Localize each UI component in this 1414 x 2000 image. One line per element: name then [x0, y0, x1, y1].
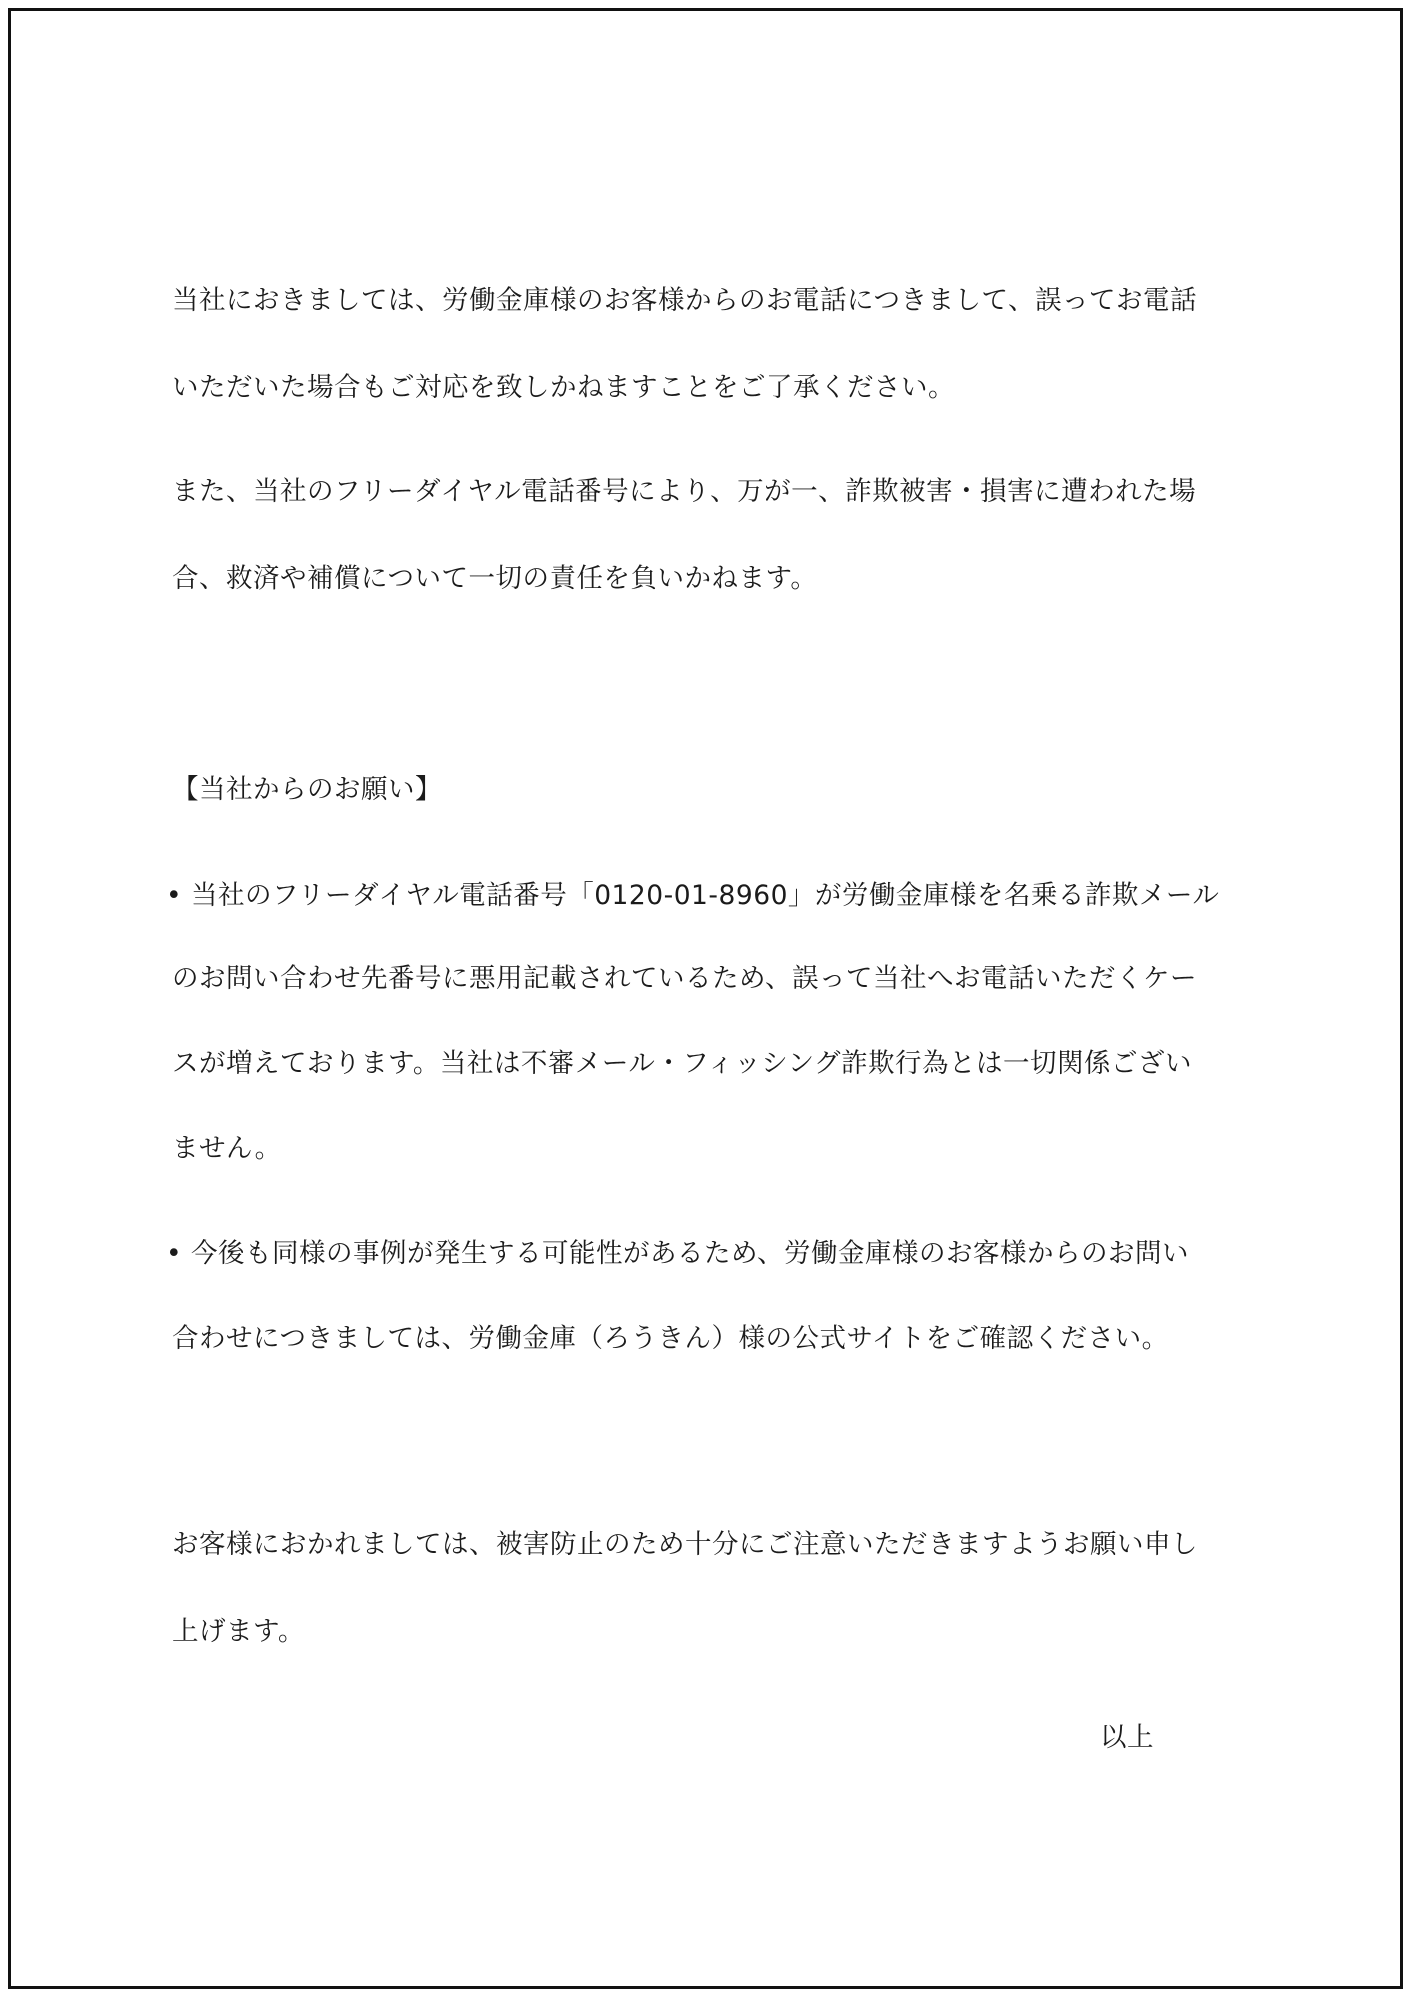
- paragraph1-line2: いただいた場合もご対応を致しかねますことをご了承ください。: [172, 372, 955, 404]
- document-page: 当社におきましては、労働金庫様のお客様からのお電話につきまして、誤ってお電話 い…: [0, 0, 1414, 2000]
- section-heading: 【当社からのお願い】: [172, 774, 442, 806]
- closing-line2: 上げます。: [172, 1616, 305, 1648]
- bullet2-line2: 合わせにつきましては、労働金庫（ろうきん）様の公式サイトをご確認ください。: [172, 1323, 1169, 1355]
- bullet2-line1: • 今後も同様の事例が発生する可能性があるため、労働金庫様のお客様からのお問い: [166, 1238, 1189, 1270]
- paragraph2-line1: また、当社のフリーダイヤル電話番号により、万が一、詐欺被害・損害に遭われた場: [172, 476, 1196, 508]
- bullet1-line4: ません。: [172, 1133, 282, 1165]
- bullet1-line3: スが増えております。当社は不審メール・フィッシング詐欺行為とは一切関係ござい: [172, 1048, 1192, 1080]
- paragraph2-line2: 合、救済や補償について一切の責任を負いかねます。: [172, 563, 817, 595]
- closing-line1: お客様におかれましては、被害防止のため十分にご注意いただきますようお願い申し: [172, 1529, 1198, 1561]
- bullet1-line1: • 当社のフリーダイヤル電話番号「0120-01-8960」が労働金庫様を名乗る…: [166, 880, 1219, 912]
- sign-off: 以上: [172, 1722, 1154, 1754]
- bullet1-line2: のお問い合わせ先番号に悪用記載されているため、誤って当社へお電話いただくケー: [172, 963, 1197, 995]
- paragraph1-line1: 当社におきましては、労働金庫様のお客様からのお電話につきまして、誤ってお電話: [172, 285, 1197, 317]
